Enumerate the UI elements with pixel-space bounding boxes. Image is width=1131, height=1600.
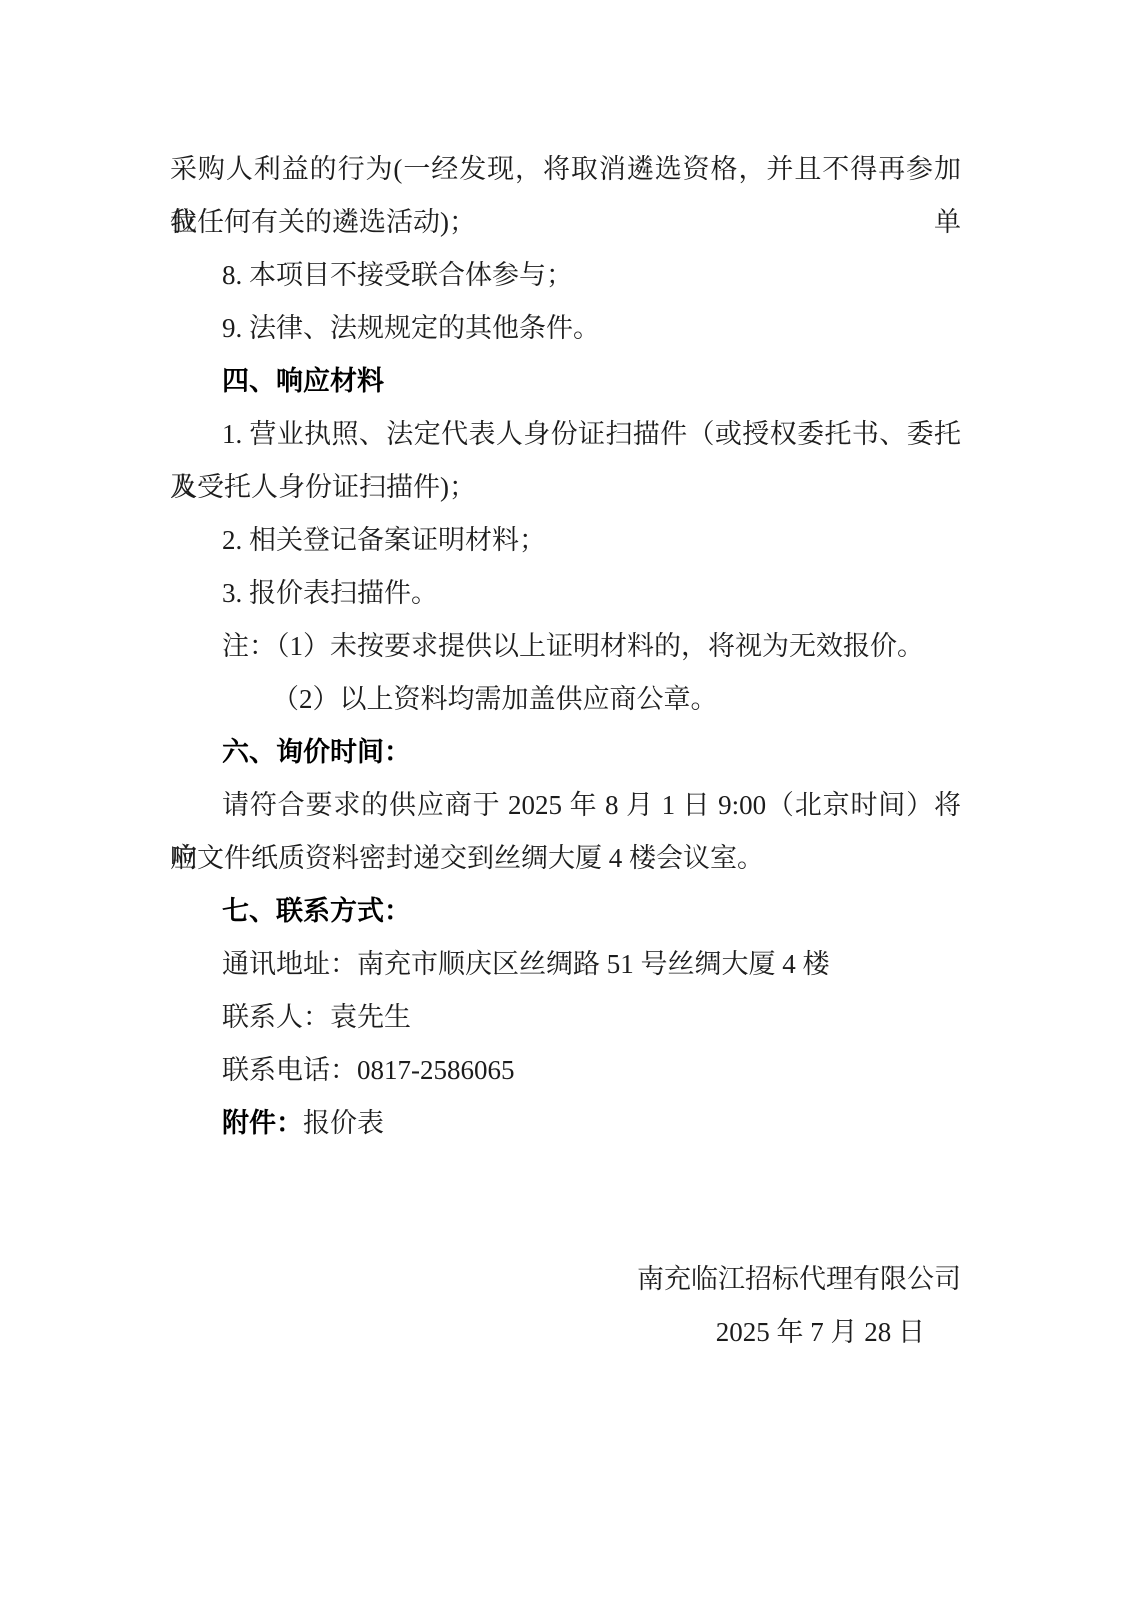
signature-date: 2025 年 7 月 28 日 xyxy=(170,1306,961,1359)
heading-section-4-response-materials-text: 四、响应材料 xyxy=(222,366,384,396)
line-contact-person: 联系人：袁先生 xyxy=(170,991,961,1044)
item-1-business-license-cont-text: 及受托人身份证扫描件)； xyxy=(170,472,476,502)
heading-section-7-contact-text: 七、联系方式： xyxy=(222,896,411,926)
signature-block: 南充临江招标代理有限公司 2025 年 7 月 28 日 xyxy=(170,1253,961,1359)
document-body: 采购人利益的行为(一经发现，将取消遴选资格，并且不得再参加我单位任何有关的遴选活… xyxy=(170,143,961,1150)
para-purchaser-interest-cont-2-text: 位任何有关的遴选活动)； xyxy=(170,207,476,237)
para-inquiry-time-2: 应文件纸质资料密封递交到丝绸大厦 4 楼会议室。 xyxy=(170,832,961,885)
para-inquiry-time-2-text: 应文件纸质资料密封递交到丝绸大厦 4 楼会议室。 xyxy=(170,843,764,873)
item-8-no-consortium-text: 8. 本项目不接受联合体参与； xyxy=(222,260,573,290)
item-1-business-license-cont: 及受托人身份证扫描件)； xyxy=(170,461,961,514)
line-contact-phone-text: 联系电话：0817-2586065 xyxy=(222,1055,515,1085)
document-content: 采购人利益的行为(一经发现，将取消遴选资格，并且不得再参加我单位任何有关的遴选活… xyxy=(170,143,961,1359)
item-2-registration-materials-text: 2. 相关登记备案证明材料； xyxy=(222,525,546,555)
line-attachment-label-0: 附件： xyxy=(222,1108,303,1138)
document-page: 采购人利益的行为(一经发现，将取消遴选资格，并且不得再参加我单位任何有关的遴选活… xyxy=(0,0,1131,1600)
heading-section-6-inquiry-time: 六、询价时间： xyxy=(170,726,961,779)
heading-section-6-inquiry-time-text: 六、询价时间： xyxy=(222,737,411,767)
heading-section-4-response-materials: 四、响应材料 xyxy=(170,355,961,408)
signature-company-name: 南充临江招标代理有限公司 xyxy=(170,1253,961,1306)
note-1-invalid-quotation: 注：（1）未按要求提供以上证明材料的，将视为无效报价。 xyxy=(170,620,961,673)
line-contact-person-text: 联系人：袁先生 xyxy=(222,1002,411,1032)
line-contact-address-text: 通讯地址：南充市顺庆区丝绸路 51 号丝绸大厦 4 楼 xyxy=(222,949,830,979)
item-3-quotation-scan: 3. 报价表扫描件。 xyxy=(170,567,961,620)
item-1-business-license: 1. 营业执照、法定代表人身份证扫描件（或授权委托书、委托人 xyxy=(170,408,961,461)
item-2-registration-materials: 2. 相关登记备案证明材料； xyxy=(170,514,961,567)
para-inquiry-time-1: 请符合要求的供应商于 2025 年 8 月 1 日 9:00（北京时间）将响 xyxy=(170,779,961,832)
note-1-invalid-quotation-text: 注：（1）未按要求提供以上证明材料的，将视为无效报价。 xyxy=(222,631,924,661)
line-contact-address: 通讯地址：南充市顺庆区丝绸路 51 号丝绸大厦 4 楼 xyxy=(170,938,961,991)
item-9-other-conditions: 9. 法律、法规规定的其他条件。 xyxy=(170,302,961,355)
item-8-no-consortium: 8. 本项目不接受联合体参与； xyxy=(170,249,961,302)
note-2-supplier-seal: （2）以上资料均需加盖供应商公章。 xyxy=(170,673,961,726)
para-purchaser-interest-cont-1: 采购人利益的行为(一经发现，将取消遴选资格，并且不得再参加我单 xyxy=(170,143,961,196)
line-attachment-text-1: 报价表 xyxy=(303,1108,384,1138)
note-2-supplier-seal-text: （2）以上资料均需加盖供应商公章。 xyxy=(272,684,718,714)
item-3-quotation-scan-text: 3. 报价表扫描件。 xyxy=(222,578,438,608)
line-attachment: 附件：报价表 xyxy=(170,1097,961,1150)
item-9-other-conditions-text: 9. 法律、法规规定的其他条件。 xyxy=(222,313,600,343)
heading-section-7-contact: 七、联系方式： xyxy=(170,885,961,938)
line-contact-phone: 联系电话：0817-2586065 xyxy=(170,1044,961,1097)
